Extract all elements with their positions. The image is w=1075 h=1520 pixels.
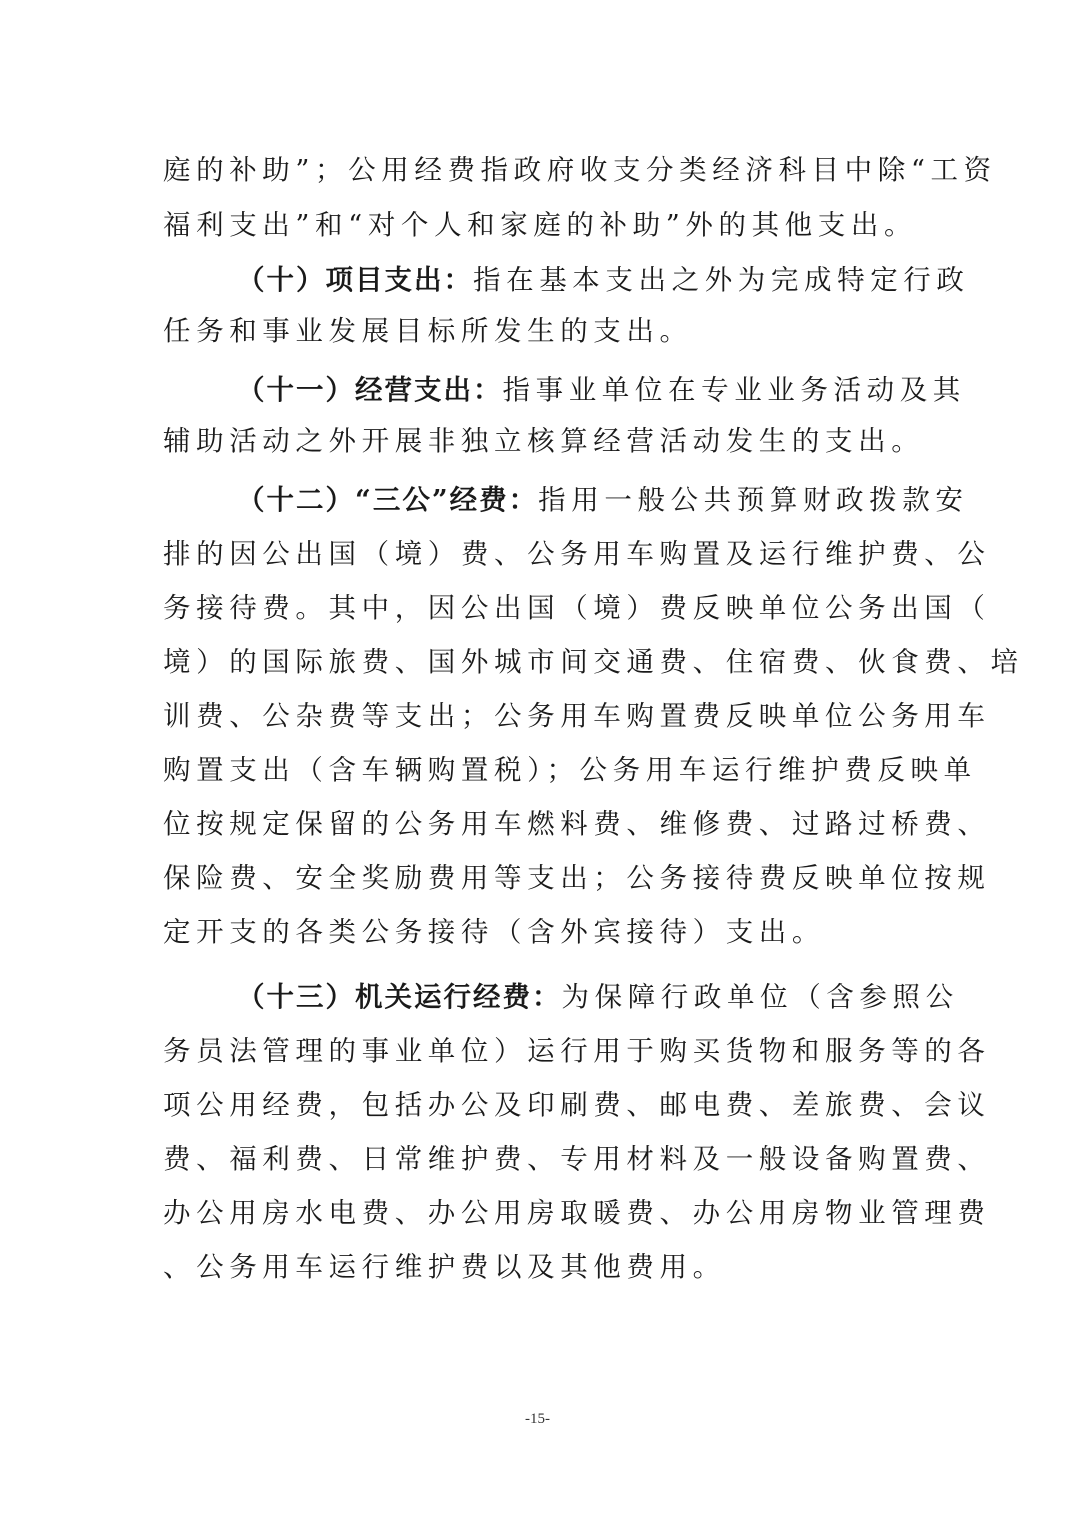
line-text: 指在基本支出之外为完成特定行政 (473, 264, 970, 296)
paragraph-line: 项公用经费，包括办公及印刷费、邮电费、差旅费、会议 (163, 1088, 991, 1122)
page-number: -15- (0, 1411, 1075, 1428)
section-heading: （十一）经营支出： (237, 374, 503, 406)
line-text: 务接待费。其中，因公出国（境）费反映单位公务出国（ (163, 592, 991, 624)
paragraph-line: 福利支出”和“对个人和家庭的补助”外的其他支出。 (163, 208, 917, 242)
section-heading-line: （十）项目支出：指在基本支出之外为完成特定行政 (237, 263, 970, 297)
line-text: 指用一般公共预算财政拨款安 (538, 484, 968, 516)
line-text: 指事业单位在专业业务活动及其 (503, 374, 966, 406)
section-heading: （十）项目支出： (237, 264, 473, 296)
line-text: 排的因公出国（境）费、公务用车购置及运行维护费、公 (163, 538, 991, 570)
section-heading: （十三）机关运行经费： (237, 981, 562, 1013)
line-text: 购置支出（含车辆购置税）；公务用车运行维护费反映单 (163, 754, 977, 786)
line-text: 训费、公杂费等支出；公务用车购置费反映单位公务用车 (163, 700, 991, 732)
line-text: 定开支的各类公务接待（含外宾接待）支出。 (163, 916, 825, 948)
line-text: 庭的补助”；公用经费指政府收支分类经济科目中除“工资 (163, 154, 997, 186)
line-text: 福利支出”和“对个人和家庭的补助”外的其他支出。 (163, 209, 917, 241)
paragraph-line: 购置支出（含车辆购置税）；公务用车运行维护费反映单 (163, 753, 977, 787)
section-heading-line: （十二）“三公”经费：指用一般公共预算财政拨款安 (237, 483, 968, 517)
paragraph-line: 训费、公杂费等支出；公务用车购置费反映单位公务用车 (163, 699, 991, 733)
line-text: 境）的国际旅费、国外城市间交通费、住宿费、伙食费、培 (163, 646, 1024, 678)
paragraph-line: 境）的国际旅费、国外城市间交通费、住宿费、伙食费、培 (163, 645, 1024, 679)
line-text: 费、福利费、日常维护费、专用材料及一般设备购置费、 (163, 1143, 991, 1175)
line-text: 位按规定保留的公务用车燃料费、维修费、过路过桥费、 (163, 808, 991, 840)
paragraph-line: 务接待费。其中，因公出国（境）费反映单位公务出国（ (163, 591, 991, 625)
paragraph-line: 庭的补助”；公用经费指政府收支分类经济科目中除“工资 (163, 153, 997, 187)
line-text: 项公用经费，包括办公及印刷费、邮电费、差旅费、会议 (163, 1089, 991, 1121)
line-text: 为保障行政单位（含参照公 (562, 981, 959, 1013)
section-heading: （十二）“三公”经费： (237, 484, 538, 516)
paragraph-line: 、公务用车运行维护费以及其他费用。 (163, 1250, 726, 1284)
paragraph-line: 定开支的各类公务接待（含外宾接待）支出。 (163, 915, 825, 949)
line-text: 辅助活动之外开展非独立核算经营活动发生的支出。 (163, 425, 924, 457)
paragraph-line: 排的因公出国（境）费、公务用车购置及运行维护费、公 (163, 537, 991, 571)
paragraph-line: 保险费、安全奖励费用等支出；公务接待费反映单位按规 (163, 861, 991, 895)
section-heading-line: （十一）经营支出：指事业单位在专业业务活动及其 (237, 373, 966, 407)
paragraph-line: 辅助活动之外开展非独立核算经营活动发生的支出。 (163, 424, 924, 458)
line-text: 、公务用车运行维护费以及其他费用。 (163, 1251, 726, 1283)
document-page: 庭的补助”；公用经费指政府收支分类经济科目中除“工资福利支出”和“对个人和家庭的… (0, 0, 1075, 1520)
paragraph-line: 费、福利费、日常维护费、专用材料及一般设备购置费、 (163, 1142, 991, 1176)
line-text: 保险费、安全奖励费用等支出；公务接待费反映单位按规 (163, 862, 991, 894)
section-heading-line: （十三）机关运行经费：为保障行政单位（含参照公 (237, 980, 959, 1014)
paragraph-line: 务员法管理的事业单位）运行用于购买货物和服务等的各 (163, 1034, 991, 1068)
paragraph-line: 任务和事业发展目标所发生的支出。 (163, 314, 693, 348)
paragraph-line: 位按规定保留的公务用车燃料费、维修费、过路过桥费、 (163, 807, 991, 841)
line-text: 务员法管理的事业单位）运行用于购买货物和服务等的各 (163, 1035, 991, 1067)
line-text: 办公用房水电费、办公用房取暖费、办公用房物业管理费 (163, 1197, 991, 1229)
paragraph-line: 办公用房水电费、办公用房取暖费、办公用房物业管理费 (163, 1196, 991, 1230)
line-text: 任务和事业发展目标所发生的支出。 (163, 315, 693, 347)
